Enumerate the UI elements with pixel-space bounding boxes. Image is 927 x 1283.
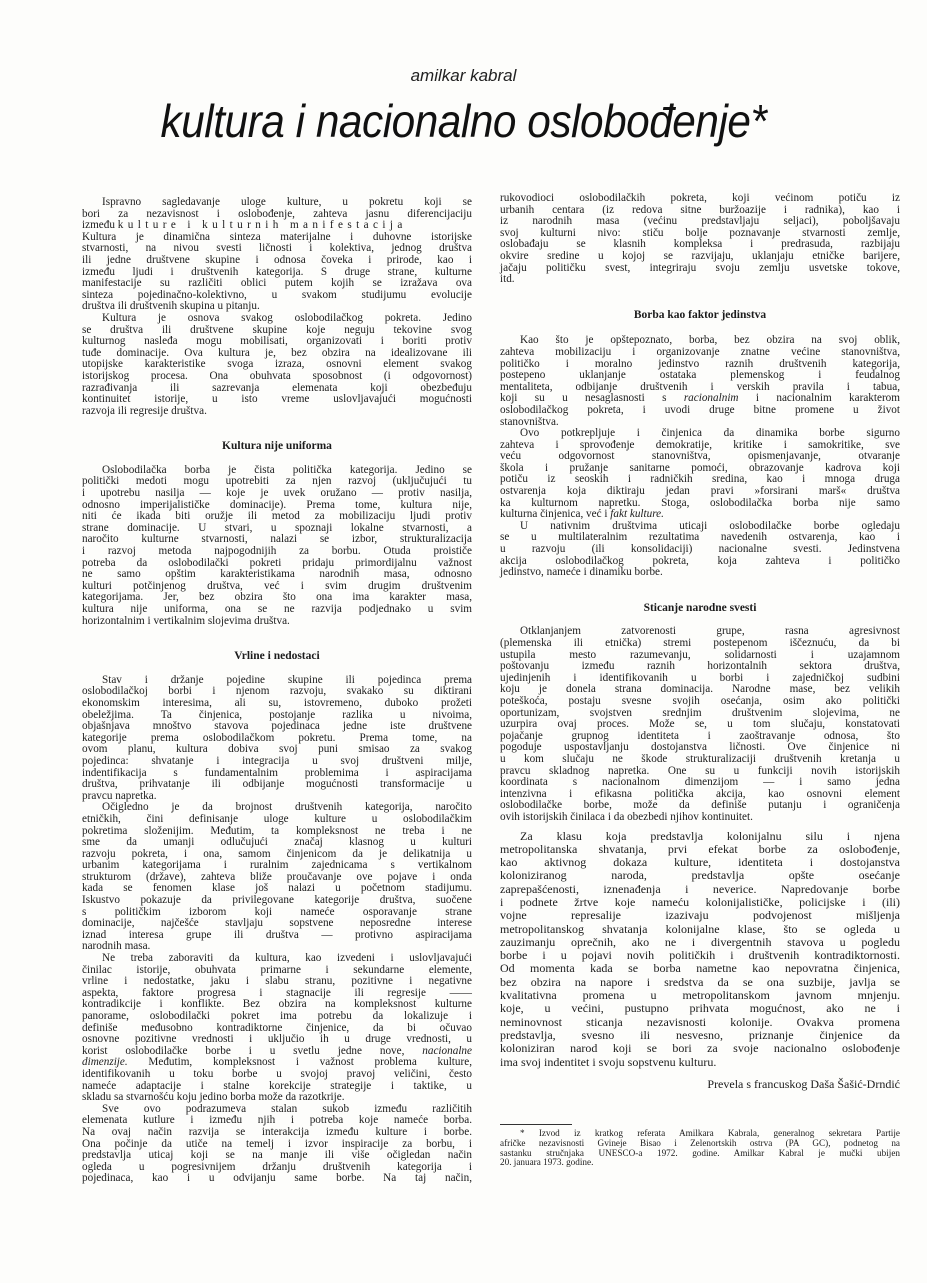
- text-line: uzurpira ovaj proces. Može se, u tom slu…: [500, 719, 900, 731]
- text-line: manifestacije su različiti oblici putem …: [82, 278, 472, 290]
- text-line: rukovodioci oslobodilačkih pokreta, koji…: [500, 193, 900, 205]
- text-line: vojne represalije izazivaju podvojenost …: [500, 909, 900, 922]
- text-line: Ispravno sagledavanje uloge kulture, u p…: [82, 197, 472, 209]
- text-line: kvalitativna promena u metropolitanskom …: [500, 989, 900, 1002]
- text-line: kultura nije uniforma, ona se ne razvija…: [82, 604, 472, 616]
- text-line: kao aktivnog dokaza kulture, identiteta …: [500, 856, 900, 869]
- text-line: metropolitanskog shvatanja kolonijalne k…: [500, 923, 900, 936]
- text-line: poteškoća, postaju svesne svojih osećanj…: [500, 696, 900, 708]
- text-line: 20. januara 1973. godine.: [500, 1158, 900, 1168]
- text-line: okvire sredine u kojoj se razvijaju, ukl…: [500, 251, 900, 263]
- text-line: koje, u većini, pustupno prihvata mogućn…: [500, 1002, 900, 1015]
- text-line: Kultura je osnova svakog oslobodilačkog …: [82, 313, 472, 325]
- text-line: u kom slučaju ne škode strukturalizaciji…: [500, 754, 900, 766]
- text-line: neminovnost sticanja nezavisnosti koloni…: [500, 1016, 900, 1029]
- section-heading: Borba kao faktor jedinstva: [500, 310, 900, 322]
- paragraph: Za klasu koja predstavlja kolonijalnu si…: [500, 830, 900, 1069]
- text-line: borbe i u pojavi novih političkih i druš…: [500, 949, 900, 962]
- paragraph: Kao što je opštepoznato, borba, bez obzi…: [500, 335, 900, 428]
- text-line: razvoja ili regresije društva.: [82, 406, 472, 418]
- paragraph: Oslobodilačka borba je čista politička k…: [82, 465, 472, 627]
- text-line: i podnete žrtve koje nameću kolonijalist…: [500, 896, 900, 909]
- article-author: amilkar kabral: [0, 66, 927, 86]
- text-line: zaprepašćenosti, iznenađenja i neverice.…: [500, 883, 900, 896]
- text-line: predstavlja, svesno ili nesvesno, prizna…: [500, 1029, 900, 1042]
- paragraph: Otklanjanjem zatvorenosti grupe, rasna a…: [500, 626, 900, 823]
- text-line: pojedinca: shvatanje i integracija u svo…: [82, 756, 472, 768]
- text-line: (plemenska ili etnička) stremi postepeno…: [500, 638, 900, 650]
- translator-credit: Prevela s francuskog Daša Šašić-Drndić: [500, 1079, 900, 1091]
- paragraph: Sve ovo podrazumeva stalan sukob između …: [82, 1104, 472, 1185]
- text-line: bez obzira na napore i sredstva da se on…: [500, 976, 900, 989]
- text-line: ekonomskim interesima, ali su, istovreme…: [82, 698, 472, 710]
- text-line: društva, prihvatanje ili odbijanje moguć…: [82, 779, 472, 791]
- left-column: Ispravno sagledavanje uloge kulture, u p…: [82, 197, 472, 1185]
- text-line: Za klasu koja predstavlja kolonijalnu si…: [500, 830, 900, 843]
- paragraph: Ovo potkrepljuje i činjenica da dinamika…: [500, 428, 900, 521]
- text-line: identifikovanih u toku borbe u svojoj pr…: [82, 1069, 472, 1081]
- paragraph: Stav i držanje pojedine skupine ili poje…: [82, 675, 472, 803]
- text-line: i razvoj metoda najpogodnijih za borbu. …: [82, 546, 472, 558]
- text-line: jačaju političku svest, integriraju svoj…: [500, 263, 900, 275]
- text-line: u razvoju (ili konsolidaciji) nacionalne…: [500, 544, 900, 556]
- paragraph: Kultura je osnova svakog oslobodilačkog …: [82, 313, 472, 417]
- text-line: objašnjava mnoštvo stavova pojedinaca je…: [82, 721, 472, 733]
- text-line: zauzimanju oprečnih, ako ne i divergentn…: [500, 936, 900, 949]
- text-line: ima svoj indentitet i svoju sopstvenu ku…: [500, 1056, 900, 1069]
- text-line: Ne treba zaboraviti da kultura, kao izve…: [82, 953, 472, 965]
- section-heading: Sticanje narodne svesti: [500, 603, 900, 615]
- text-line: pojedinaca, kao i u odvijanju same borbe…: [82, 1173, 472, 1185]
- text-line: ovih istorijskih činilaca i da obezbedi …: [500, 812, 900, 824]
- paragraph: Očigledno je da brojnost društvenih kate…: [82, 802, 472, 953]
- text-line: koordinata s nacionalnom dimenzijom — i …: [500, 777, 900, 789]
- text-line: koloniziranog naroda, predstavlja opšte …: [500, 869, 900, 882]
- text-line: jedinstvo, nameće i dinamiku borbe.: [500, 567, 900, 579]
- text-line: ostvarenja koja diktiraju jedan pravi »f…: [500, 486, 900, 498]
- text-line: horizontalnim i vertikalnim slojevima dr…: [82, 616, 472, 628]
- text-line: Od momenta kada se borba nametne kao nep…: [500, 962, 900, 975]
- text-line: predstavlja uticaj koji se na manje ili …: [82, 1150, 472, 1162]
- paragraph: Ne treba zaboraviti da kultura, kao izve…: [82, 953, 472, 1104]
- text-line: istorijskog procesa. Ona obuhvata sposob…: [82, 371, 472, 383]
- text-line: ili jedne društvene skupine i odnosa čov…: [82, 255, 472, 267]
- right-column: rukovodioci oslobodilačkih pokreta, koji…: [500, 193, 900, 1168]
- text-line: koloniziran narod koji se bori za svoje …: [500, 1042, 900, 1055]
- text-line: metropolitanska shvatanja, prvi efekat b…: [500, 843, 900, 856]
- text-line: skladu sa stvarnošću koju jedino borba m…: [82, 1092, 472, 1104]
- text-line: zahteva mobilizaciju i organizovanje zna…: [500, 347, 900, 359]
- text-line: i upotrebu nasilja — koje je uvek oružan…: [82, 488, 472, 500]
- text-line: etničkih, čini definisanje uloge kulture…: [82, 814, 472, 826]
- paragraph: Ispravno sagledavanje uloge kulture, u p…: [82, 197, 472, 313]
- section-heading: Kultura nije uniforma: [82, 441, 472, 453]
- text-line: panorame, oslobodilački pokret ima potre…: [82, 1011, 472, 1023]
- text-line: kontinuitet istorije, u isto vreme uslov…: [82, 394, 472, 406]
- section-heading: Vrline i nedostaci: [82, 651, 472, 663]
- paragraph: rukovodioci oslobodilačkih pokreta, koji…: [500, 193, 900, 286]
- text-line: Iskustvo pokazuje da privilegovane kateg…: [82, 895, 472, 907]
- text-line: itd.: [500, 274, 900, 286]
- text-line: kulturnog nasleđa mogu mobilisati, organ…: [82, 336, 472, 348]
- footnote-divider: [500, 1124, 572, 1125]
- text-line: Ovo potkrepljuje i činjenica da dinamika…: [500, 428, 900, 440]
- text-line: sme da umanji odlučujući značaj klasnog …: [82, 837, 472, 849]
- footnote: * Izvod iz kratkog referata Amilkara Kab…: [500, 1129, 900, 1167]
- paragraph: U nativnim društvima uticaji oslobodilač…: [500, 521, 900, 579]
- text-line: Na ovaj način razvija se interakcija izm…: [82, 1127, 472, 1139]
- text-line: oslobodilačkog pokreta, i uvodi druge bi…: [500, 405, 900, 417]
- article-title: kultura i nacionalno oslobođenje*: [37, 94, 890, 148]
- text-line: postepeno uklanjanje ostataka plemenskog…: [500, 370, 900, 382]
